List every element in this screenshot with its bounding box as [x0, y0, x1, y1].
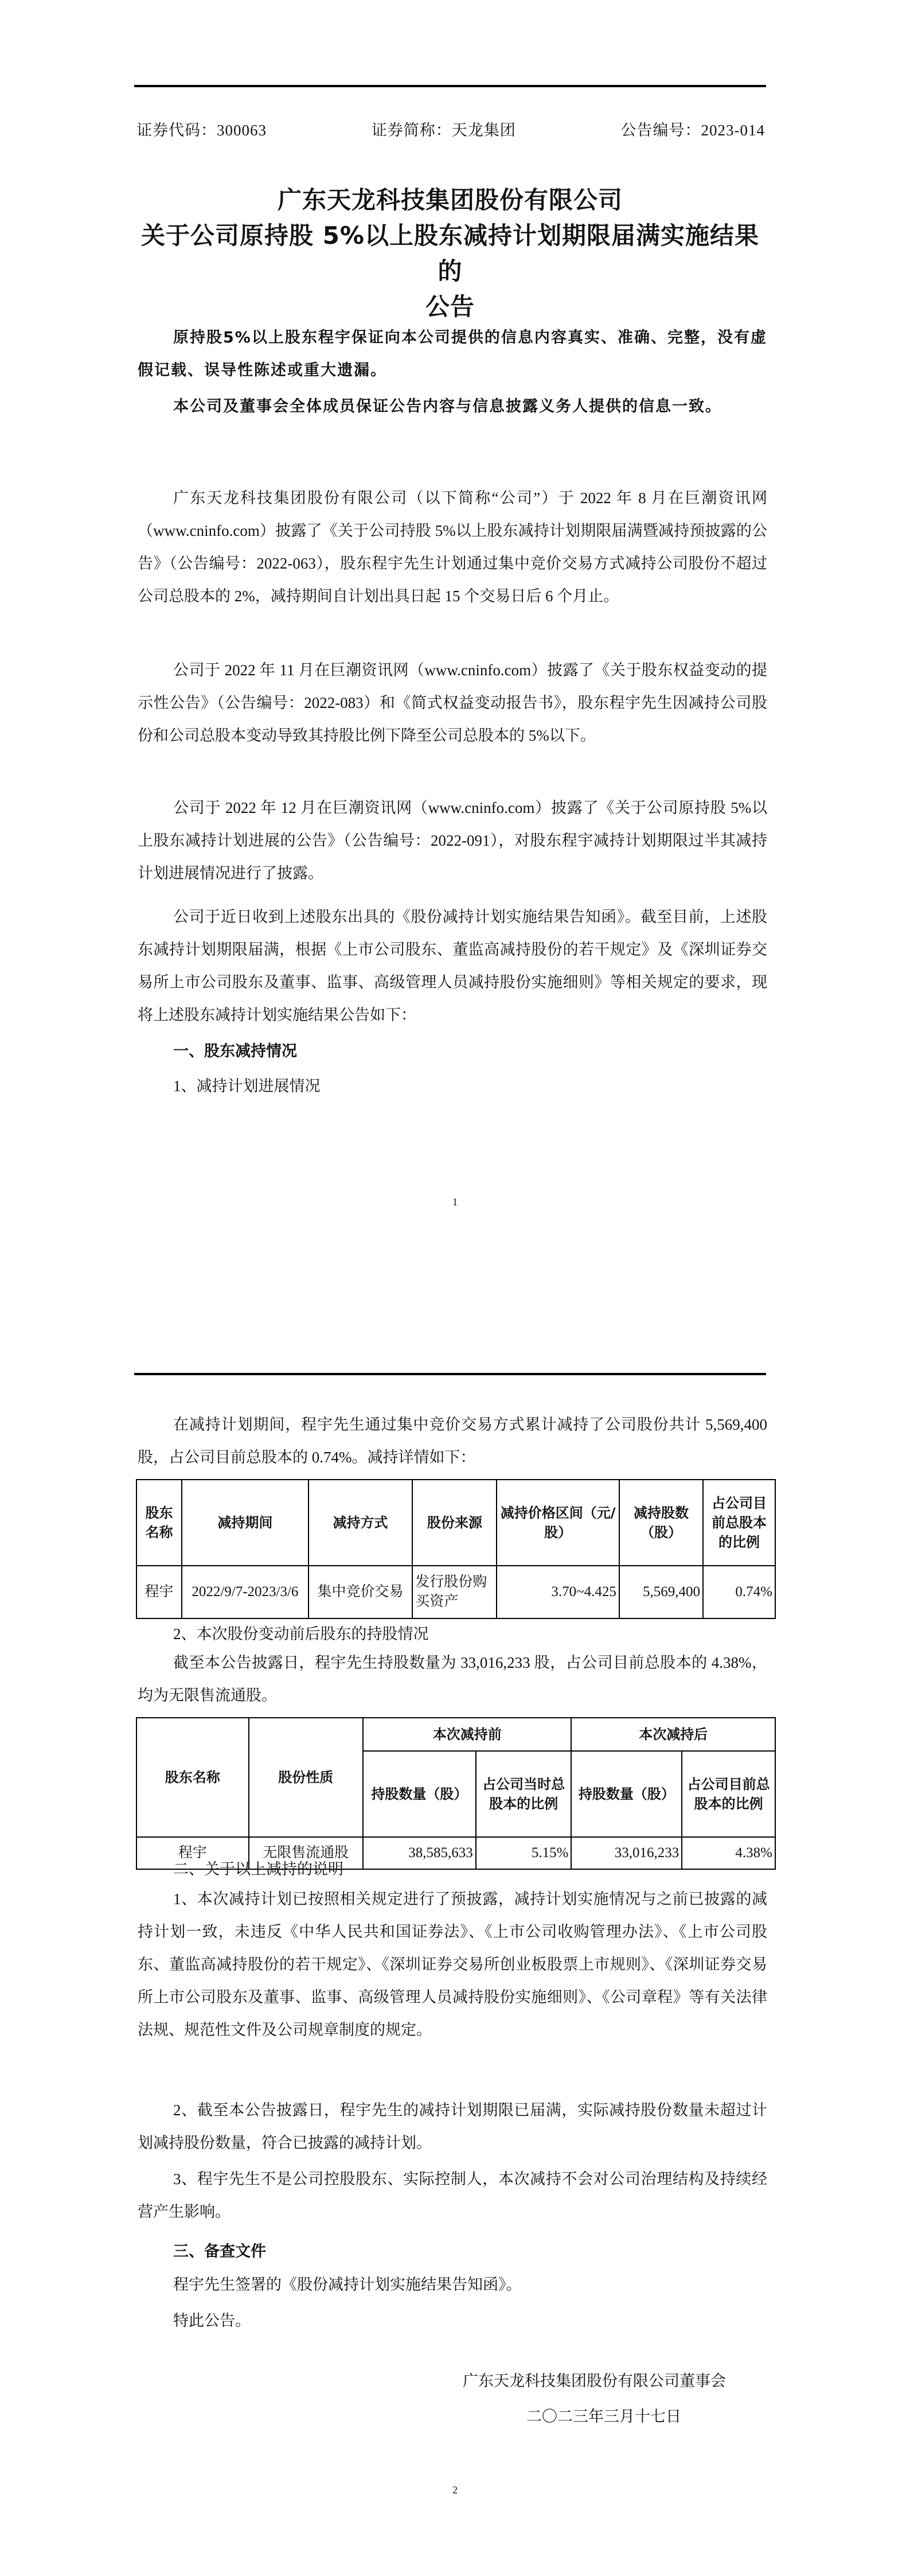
th-share-nature: 股份性质 — [249, 1718, 363, 1837]
signature-organization: 广东天龙科技集团股份有限公司董事会 — [463, 2369, 726, 2392]
cell-after-qty: 33,016,233 — [571, 1837, 682, 1869]
cell-ratio: 0.74% — [703, 1566, 775, 1618]
section2-item2: 2、截至本公告披露日，程宇先生的减持计划期限已届满，实际减持股份数量未超过计划减… — [138, 2094, 767, 2159]
title-suffix: 公告 — [134, 289, 766, 325]
title-company: 广东天龙科技集团股份有限公司 — [134, 182, 766, 218]
table-row: 程宇 2022/9/7-2023/3/6 集中竞价交易 发行股份购买资产 3.7… — [136, 1566, 775, 1618]
th-after-pct: 占公司目前总股本的比例 — [682, 1751, 775, 1837]
cell-shareholder: 程宇 — [136, 1566, 182, 1618]
cell-period: 2022/9/7-2023/3/6 — [182, 1566, 308, 1618]
cell-before-qty: 38,585,633 — [363, 1837, 476, 1869]
stock-abbreviation: 证券简称：天龙集团 — [372, 118, 516, 140]
section2-item3: 3、程宇先生不是公司控股股东、实际控制人，本次减持不会对公司治理结构及持续经营产… — [138, 2163, 767, 2228]
th-method: 减持方式 — [308, 1480, 412, 1566]
table-header-row: 股东名称 减持期间 减持方式 股份来源 减持价格区间（元/股） 减持股数（股） … — [136, 1480, 775, 1566]
cell-price-range: 3.70~4.425 — [497, 1566, 619, 1618]
th-source: 股份来源 — [412, 1480, 497, 1566]
th-after-reduction: 本次减持后 — [571, 1718, 775, 1751]
disclaimer-board: 本公司及董事会全体成员保证公告内容与信息披露义务人提供的信息一致。 — [138, 390, 767, 423]
paragraph-progress: 公司于 2022 年 12 月在巨潮资讯网（www.cninfo.com）披露了… — [138, 792, 767, 890]
th-period: 减持期间 — [182, 1480, 308, 1566]
section1-heading: 一、股东减持情况 — [173, 1040, 297, 1063]
th-shareholder: 股东名称 — [136, 1480, 182, 1566]
paragraph-reduction-summary: 在减持计划期间，程宇先生通过集中竞价交易方式累计减持了公司股份共计 5,569,… — [138, 1408, 767, 1474]
signature-date: 二〇二三年三月十七日 — [526, 2405, 681, 2428]
cell-after-pct: 4.38% — [682, 1837, 775, 1869]
th-shares: 减持股数（股） — [619, 1480, 703, 1566]
closing-statement: 特此公告。 — [173, 2309, 251, 2332]
cell-before-pct: 5.15% — [476, 1837, 572, 1869]
reduction-detail-table: 股东名称 减持期间 减持方式 股份来源 减持价格区间（元/股） 减持股数（股） … — [136, 1479, 776, 1619]
paragraph-holding-status: 截至本公告披露日，程宇先生持股数量为 33,016,233 股，占公司目前总股本… — [138, 1647, 767, 1712]
th-ratio: 占公司目前总股本的比例 — [703, 1480, 775, 1566]
th-before-pct: 占公司当时总股本的比例 — [476, 1751, 572, 1837]
page-number-2: 2 — [0, 2484, 910, 2496]
th-after-qty: 持股数量（股） — [571, 1751, 682, 1837]
page2-top-rule — [134, 1373, 766, 1375]
cell-source: 发行股份购买资产 — [412, 1566, 497, 1618]
section1-sub1: 1、减持计划进展情况 — [173, 1075, 321, 1098]
cell-shares: 5,569,400 — [619, 1566, 703, 1618]
th-before-reduction: 本次减持前 — [363, 1718, 571, 1751]
document-header: 证券代码：300063 证券简称：天龙集团 公告编号：2023-014 — [136, 118, 765, 140]
section3-heading: 三、备查文件 — [173, 2240, 266, 2263]
page-number-1: 1 — [0, 1196, 910, 1208]
stock-code: 证券代码：300063 — [136, 118, 267, 140]
holding-change-table: 股东名称 股份性质 本次减持前 本次减持后 持股数量（股） 占公司当时总股本的比… — [136, 1717, 776, 1870]
cell-method: 集中竞价交易 — [308, 1566, 412, 1618]
section2-heading: 二、关于以上减持的说明 — [173, 1858, 343, 1881]
page-top-rule — [134, 85, 766, 87]
th-before-qty: 持股数量（股） — [363, 1751, 476, 1837]
th-shareholder-name: 股东名称 — [136, 1718, 249, 1837]
disclaimer-shareholder: 原持股5%以上股东程宇保证向本公司提供的信息内容真实、准确、完整，没有虚假记载、… — [138, 321, 767, 387]
paragraph-result-notice: 公司于近日收到上述股东出具的《股份减持计划实施结果告知函》。截至目前，上述股东减… — [138, 901, 767, 1032]
th-price-range: 减持价格区间（元/股） — [497, 1480, 619, 1566]
table-group-header-row: 股东名称 股份性质 本次减持前 本次减持后 — [136, 1718, 775, 1751]
document-title: 广东天龙科技集团股份有限公司 关于公司原持股 5%以上股东减持计划期限届满实施结… — [134, 182, 766, 325]
section1-sub2: 2、本次股份变动前后股东的持股情况 — [173, 1622, 429, 1645]
announcement-number: 公告编号：2023-014 — [621, 118, 766, 140]
section2-item1: 1、本次减持计划已按照相关规定进行了预披露，减持计划实施情况与之前已披露的减持计… — [138, 1883, 767, 2046]
paragraph-equity-change: 公司于 2022 年 11 月在巨潮资讯网（www.cninfo.com）披露了… — [138, 654, 767, 752]
reference-document: 程宇先生签署的《股份减持计划实施结果告知函》。 — [173, 2273, 522, 2296]
paragraph-plan-disclosure: 广东天龙科技集团股份有限公司（以下简称“公司”）于 2022 年 8 月在巨潮资… — [138, 482, 767, 613]
title-subject: 关于公司原持股 5%以上股东减持计划期限届满实施结果的 — [134, 218, 766, 289]
